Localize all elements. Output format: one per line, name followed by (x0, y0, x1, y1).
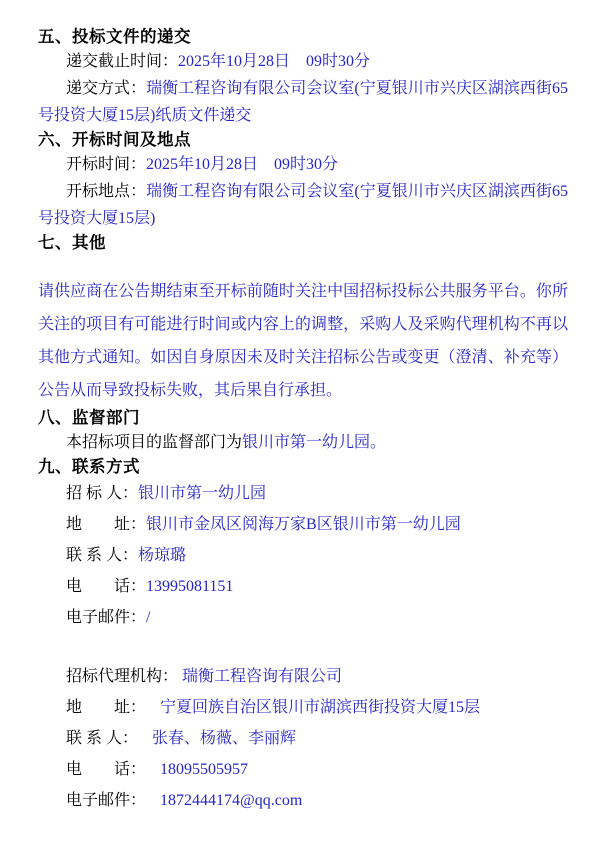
section-5-heading: 五、投标文件的递交 (38, 26, 568, 48)
tenderer-name-value: 银川市第一幼儿园 (138, 485, 266, 502)
tenderer-phone-row: 电 话：13995081151 (38, 571, 568, 602)
agency-contact-value: 张春、杨薇、李丽辉 (152, 730, 296, 747)
agency-email-row: 电子邮件：1872444174@qq.com (38, 785, 568, 816)
tenderer-contact-row: 联 系 人：杨琼璐 (38, 540, 568, 571)
blank-line (38, 254, 568, 275)
tenderer-email-value: / (146, 609, 150, 626)
agency-email-value: 1872444174@qq.com (160, 792, 302, 809)
submission-deadline-label: 递交截止时间： (66, 53, 178, 70)
agency-phone-value: 18095505957 (160, 761, 248, 778)
tenderer-address-label: 地 址： (66, 516, 146, 533)
submission-method-line: 递交方式：瑞衡工程咨询有限公司会议室(宁夏银川市兴庆区湖滨西街65号投资大厦15… (38, 75, 568, 129)
submission-method-label: 递交方式： (66, 80, 146, 97)
agency-name-value: 瑞衡工程咨询有限公司 (182, 668, 342, 685)
tenderer-phone-value: 13995081151 (146, 578, 233, 595)
agency-name-label: 招标代理机构： (66, 668, 178, 685)
agency-phone-row: 电 话：18095505957 (38, 754, 568, 785)
agency-name-row: 招标代理机构：瑞衡工程咨询有限公司 (38, 661, 568, 692)
agency-contact-label: 联 系 人： (66, 730, 138, 747)
supervision-value: 银川市第一幼儿园。 (242, 434, 386, 451)
section-7-heading: 七、其他 (38, 232, 568, 254)
agency-address-value: 宁夏回族自治区银川市湖滨西街投资大厦15层 (160, 699, 480, 716)
tenderer-email-row: 电子邮件：/ (38, 602, 568, 633)
opening-time-label: 开标时间： (66, 156, 146, 173)
tenderer-phone-label: 电 话： (66, 578, 146, 595)
agency-address-row: 地 址：宁夏回族自治区银川市湖滨西街投资大厦15层 (38, 692, 568, 723)
agency-address-label: 地 址： (66, 699, 146, 716)
section-9-heading: 九、联系方式 (38, 456, 568, 478)
tenderer-address-row: 地 址：银川市金凤区阅海万家B区银川市第一幼儿园 (38, 509, 568, 540)
opening-place-line: 开标地点：瑞衡工程咨询有限公司会议室(宁夏银川市兴庆区湖滨西街65号投资大厦15… (38, 178, 568, 232)
submission-deadline-line: 递交截止时间：2025年10月28日 09时30分 (38, 48, 568, 75)
agency-phone-label: 电 话： (66, 761, 146, 778)
blank-line (38, 633, 568, 661)
submission-deadline-value: 2025年10月28日 09时30分 (178, 53, 370, 70)
opening-time-line: 开标时间：2025年10月28日 09时30分 (38, 151, 568, 178)
section-6-heading: 六、开标时间及地点 (38, 129, 568, 151)
supervision-prefix: 本招标项目的监督部门为 (66, 434, 242, 451)
agency-email-label: 电子邮件： (66, 792, 146, 809)
opening-place-label: 开标地点： (66, 183, 146, 200)
notice-paragraph: 请供应商在公告期结束至开标前随时关注中国招标投标公共服务平台。你所关注的项目有可… (38, 275, 568, 407)
tenderer-email-label: 电子邮件： (66, 609, 146, 626)
tenderer-contact-label: 联 系 人： (66, 547, 138, 564)
supervision-line: 本招标项目的监督部门为银川市第一幼儿园。 (38, 429, 568, 456)
opening-time-value: 2025年10月28日 09时30分 (146, 156, 338, 173)
section-8-heading: 八、监督部门 (38, 407, 568, 429)
tenderer-contact-value: 杨琼璐 (138, 547, 186, 564)
tender-document: 五、投标文件的递交 递交截止时间：2025年10月28日 09时30分 递交方式… (0, 0, 606, 816)
tenderer-address-value: 银川市金凤区阅海万家B区银川市第一幼儿园 (146, 516, 461, 533)
tenderer-name-row: 招 标 人：银川市第一幼儿园 (38, 478, 568, 509)
tenderer-name-label: 招 标 人： (66, 485, 138, 502)
agency-contact-row: 联 系 人：张春、杨薇、李丽辉 (38, 723, 568, 754)
